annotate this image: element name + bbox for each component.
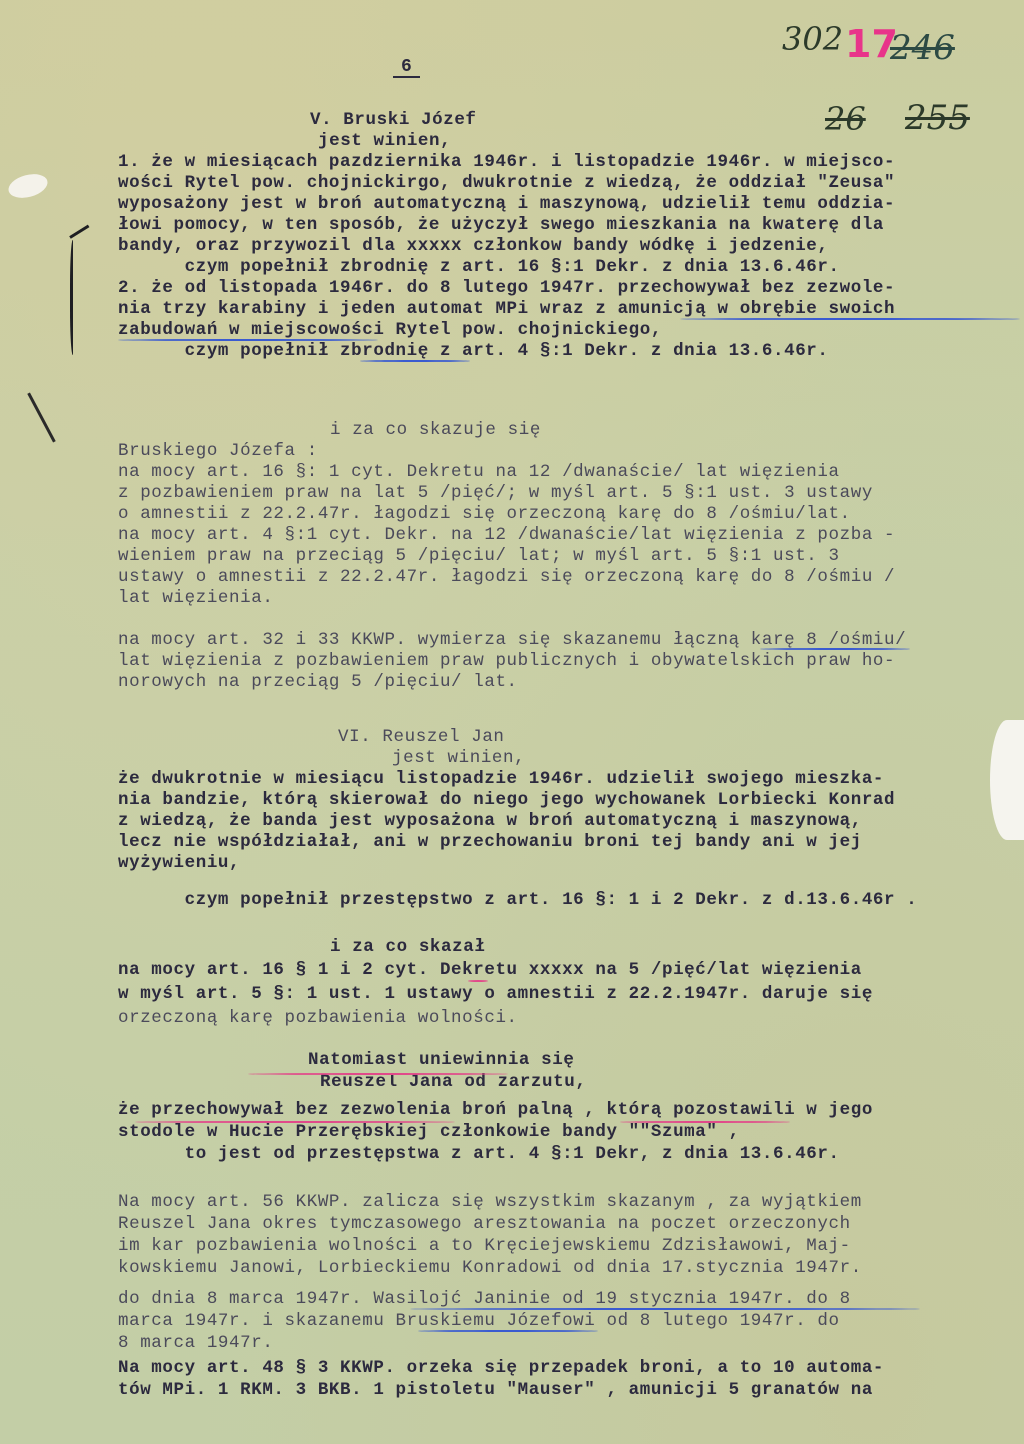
- text-line: tów MPi. 1 RKM. 3 BKB. 1 pistoletu "Maus…: [118, 1380, 873, 1401]
- text-line: Na mocy art. 48 § 3 KKWP. orzeka się prz…: [118, 1358, 884, 1379]
- blue-pencil-underline: [760, 648, 910, 650]
- text-line: Reuszel Jana okres tymczasowego aresztow…: [118, 1214, 851, 1235]
- sentence-heading: i za co skazuje się: [330, 420, 541, 441]
- text-line: wości Rytel pow. chojnickirgo, dwukrotni…: [118, 173, 895, 194]
- paper-tear-right: [990, 720, 1024, 840]
- text-line: do dnia 8 marca 1947r. Wasilojć Janinie …: [118, 1289, 851, 1310]
- handwritten-crossed-number: 255: [905, 98, 970, 138]
- text-line: czym popełnił zbrodnię z art. 16 §:1 Dek…: [118, 257, 840, 278]
- text-line: w myśl art. 5 §: 1 ust. 1 ustawy o amnes…: [118, 984, 873, 1005]
- text-line: łowi pomocy, w ten sposób, że użyczył sw…: [118, 215, 884, 236]
- text-line: z wiedzą, że banda jest wyposażona w bro…: [118, 811, 862, 832]
- text-line: nia trzy karabiny i jeden automat MPi wr…: [118, 299, 895, 320]
- text-line: wieniem praw na przeciąg 5 /pięciu/ lat;…: [118, 546, 840, 567]
- text-line: zabudowań w miejscowości Rytel pow. choj…: [118, 320, 662, 341]
- text-line: 2. że od listopada 1946r. do 8 lutego 19…: [118, 278, 895, 299]
- text-line: że przechowywał bez zezwolenia broń paln…: [118, 1100, 873, 1121]
- text-line: orzeczoną karę pozbawienia wolności.: [118, 1008, 518, 1029]
- text-line: to jest od przestępstwa z art. 4 §:1 Dek…: [118, 1144, 840, 1165]
- text-line: o amnestii z 22.2.47r. łagodzi się orzec…: [118, 504, 851, 525]
- text-line: lat więzienia z pozbawieniem praw public…: [118, 651, 895, 672]
- text-line: że dwukrotnie w miesiącu listopadzie 194…: [118, 769, 884, 790]
- section-heading: VI. Reuszel Jan: [338, 727, 505, 748]
- sentence-heading: i za co skazał: [330, 937, 485, 958]
- text-line: nia bandzie, którą skierował do niego je…: [118, 790, 895, 811]
- text-line: z pozbawieniem praw na lat 5 /pięć/; w m…: [118, 483, 873, 504]
- text-line: czym popełnił zbrodnię z art. 4 §:1 Dekr…: [118, 341, 829, 362]
- text-line: lat więzienia.: [118, 588, 273, 609]
- text-line: czym popełnił przestępstwo z art. 16 §: …: [118, 890, 917, 911]
- text-line: bandy, oraz przywozil dla xxxxx członkow…: [118, 236, 829, 257]
- pink-pencil-underline: [248, 1073, 508, 1075]
- handwritten-crossed-number: 26: [825, 100, 866, 138]
- text-line: na mocy art. 16 §: 1 cyt. Dekretu na 12 …: [118, 462, 840, 483]
- section-heading: V. Bruski Józef: [310, 110, 477, 131]
- blue-pencil-underline: [680, 318, 1020, 320]
- text-line: norowych na przeciąg 5 /pięciu/ lat.: [118, 672, 518, 693]
- text-line: im kar pozbawienia wolności a to Kręciej…: [118, 1236, 851, 1257]
- text-line: Na mocy art. 56 KKWP. zalicza się wszyst…: [118, 1192, 862, 1213]
- text-line: wyposażony jest w broń automatyczną i ma…: [118, 194, 895, 215]
- verdict-label: jest winien,: [318, 131, 451, 152]
- text-line: lecz nie współdziałał, ani w przechowani…: [118, 832, 862, 853]
- text-line: marca 1947r. i skazanemu Bruskiemu Józef…: [118, 1311, 840, 1332]
- blue-pencil-underline: [118, 339, 378, 341]
- verdict-label: jest winien,: [392, 748, 525, 769]
- text-line: 1. że w miesiącach pazdziernika 1946r. i…: [118, 152, 895, 173]
- pink-pencil-mark: [468, 980, 488, 982]
- acquittal-subheading: Reuszel Jana od zarzutu,: [320, 1072, 586, 1093]
- text-line: Bruskiego Józefa :: [118, 441, 318, 462]
- text-line: stodole w Hucie Przerębskiej członkowie …: [118, 1122, 740, 1143]
- text-line: ustawy o amnestii z 22.2.47r. łagodzi si…: [118, 567, 895, 588]
- page-marker: 6: [393, 58, 420, 78]
- acquittal-heading: Natomiast uniewinnia się: [308, 1050, 574, 1071]
- margin-bracket-mark: [70, 240, 77, 355]
- text-line: wyżywieniu,: [118, 853, 240, 874]
- blue-pencil-underline: [360, 360, 470, 362]
- pink-pencil-underline: [620, 1121, 790, 1123]
- blue-pencil-underline: [410, 1308, 920, 1310]
- text-line: 8 marca 1947r.: [118, 1333, 273, 1354]
- pink-pencil-underline: [135, 1121, 455, 1123]
- blue-pencil-underline: [418, 1330, 598, 1332]
- handwritten-crossed-number: 246: [890, 28, 955, 68]
- text-line: na mocy art. 16 § 1 i 2 cyt. Dekretu xxx…: [118, 960, 862, 981]
- text-line: kowskiemu Janowi, Lorbieckiemu Konradowi…: [118, 1258, 862, 1279]
- text-line: na mocy art. 4 §:1 cyt. Dekr. na 12 /dwa…: [118, 525, 895, 546]
- handwritten-archive-number: 302: [782, 20, 843, 58]
